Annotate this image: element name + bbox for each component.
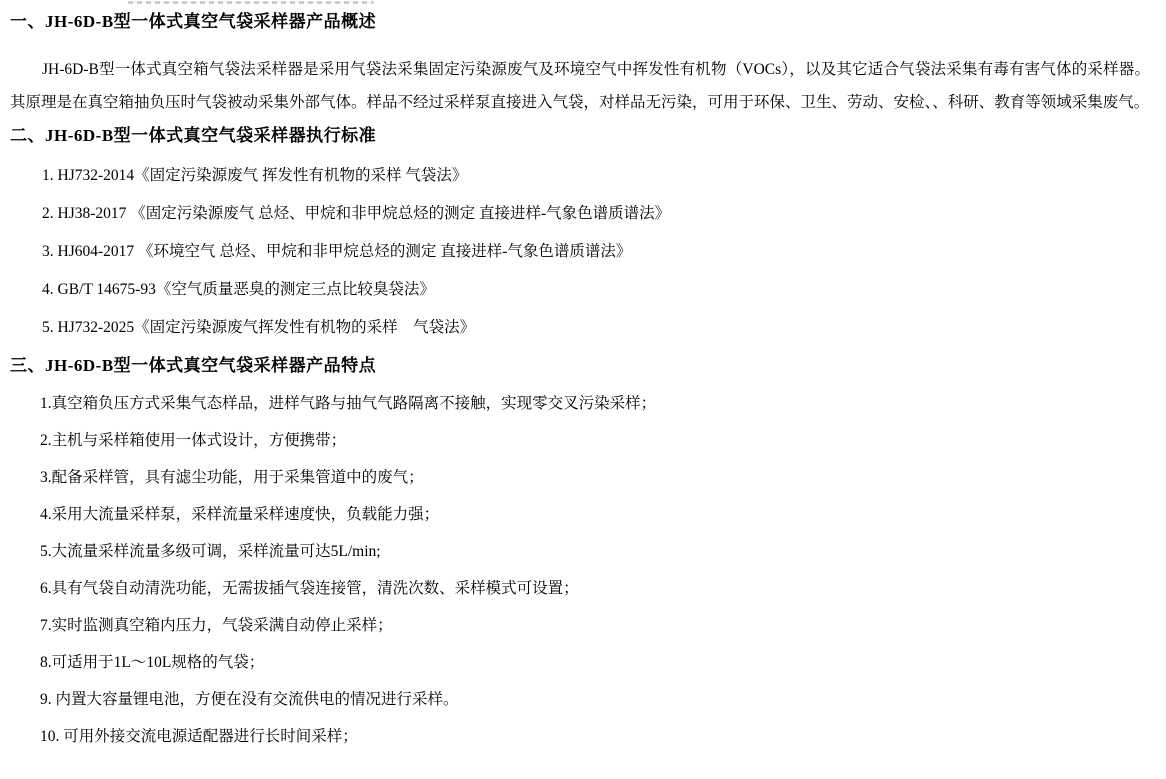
feature-item-4: 4.采用大流量采样泵，采样流量采样速度快，负载能力强； (10, 505, 1150, 542)
standard-item-5: 5. HJ732-2025《固定污染源废气挥发性有机物的采样 气袋法》 (10, 318, 1150, 356)
overview-paragraph: JH-6D-B型一体式真空箱气袋法采样器是采用气袋法采集固定污染源废气及环境空气… (10, 53, 1150, 119)
feature-item-3: 3.配备采样管，具有滤尘功能，用于采集管道中的废气； (10, 468, 1150, 505)
feature-item-8: 8.可适用于1L～10L规格的气袋； (10, 653, 1150, 690)
standard-item-4: 4. GB/T 14675-93《空气质量恶臭的测定三点比较臭袋法》 (10, 280, 1150, 318)
feature-item-6: 6.具有气袋自动清洗功能，无需拔插气袋连接管，清洗次数、采样模式可设置； (10, 579, 1150, 616)
standard-item-3: 3. HJ604-2017 《环境空气 总烃、甲烷和非甲烷总烃的测定 直接进样-… (10, 242, 1150, 280)
features-list: 1.真空箱负压方式采集气态样品，进样气路与抽气气路隔离不接触，实现零交叉污染采样… (10, 394, 1150, 764)
feature-item-7: 7.实时监测真空箱内压力，气袋采满自动停止采样； (10, 616, 1150, 653)
section-features-heading: 三、JH-6D-B型一体式真空气袋采样器产品特点 (10, 356, 1150, 375)
standards-list: 1. HJ732-2014《固定污染源废气 挥发性有机物的采样 气袋法》 2. … (10, 166, 1150, 356)
feature-item-10: 10. 可用外接交流电源适配器进行长时间采样； (10, 727, 1150, 764)
section-overview-heading: 一、JH-6D-B型一体式真空气袋采样器产品概述 (10, 12, 1150, 31)
feature-item-1: 1.真空箱负压方式采集气态样品，进样气路与抽气气路隔离不接触，实现零交叉污染采样… (10, 394, 1150, 431)
feature-item-9: 9. 内置大容量锂电池，方便在没有交流供电的情况进行采样。 (10, 690, 1150, 727)
feature-item-5: 5.大流量采样流量多级可调，采样流量可达5L/min; (10, 542, 1150, 579)
standard-item-1: 1. HJ732-2014《固定污染源废气 挥发性有机物的采样 气袋法》 (10, 166, 1150, 204)
section-standards-heading: 二、JH-6D-B型一体式真空气袋采样器执行标准 (10, 126, 1150, 145)
document-page: 一、JH-6D-B型一体式真空气袋采样器产品概述 JH-6D-B型一体式真空箱气… (0, 0, 1166, 779)
standard-item-2: 2. HJ38-2017 《固定污染源废气 总烃、甲烷和非甲烷总烃的测定 直接进… (10, 204, 1150, 242)
feature-item-2: 2.主机与采样箱使用一体式设计，方便携带； (10, 431, 1150, 468)
cut-off-text-remnant (128, 1, 374, 4)
